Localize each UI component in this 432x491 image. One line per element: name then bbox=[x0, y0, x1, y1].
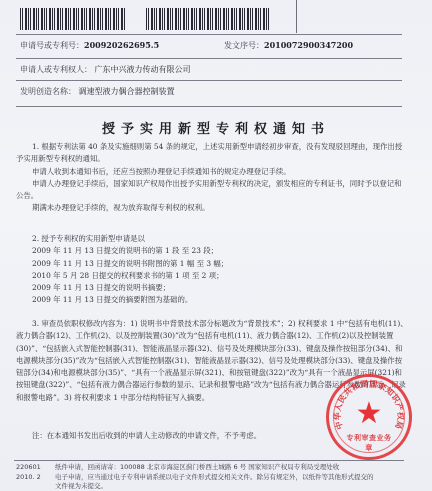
section-1-paragraph: 期满未办理登记手续的，视为放弃取得专利权的权利。 bbox=[16, 202, 408, 214]
section-2-heading: 2. 授予专利权的实用新型申请是以 bbox=[32, 233, 228, 245]
list-item: 2009 年 11 月 13 日提交的说明书附图的第 1 幅 至 3 幅； bbox=[32, 258, 228, 270]
seal-bottom-text: 专利审查业务章 bbox=[343, 433, 395, 453]
section-2: 2. 授予专利权的实用新型申请是以 2009 年 11 月 13 日提交的说明书… bbox=[32, 233, 228, 307]
application-number-label: 申请号或专利号： bbox=[20, 41, 84, 50]
dispatch-number: 2010072900347200 bbox=[264, 40, 353, 50]
section-1-paragraph: 申请人办理登记手续后，国家知识产权局作出授予实用新型专利权的决定，颁发相应的专利… bbox=[16, 178, 408, 203]
footer-notes: 纸件申请，回函请寄：100088 北京市海淀区蓟门桥西土城路 6 号 国家知识产… bbox=[55, 463, 415, 491]
list-item: 2010 年 5 月 28 日提交的权利要求书的第 1 项 至 2 项； bbox=[32, 270, 228, 282]
dispatch-number-field: 发文序号：2010072900347200 bbox=[224, 40, 353, 51]
applicant: 广东中兴液力传动有限公司 bbox=[95, 65, 191, 74]
barcode-left bbox=[20, 8, 125, 30]
rule bbox=[16, 58, 402, 59]
list-item: 2009 年 11 月 13 日提交的摘要附图为基础的。 bbox=[32, 294, 228, 306]
applicant-label: 申请人或专利权人： bbox=[20, 65, 92, 74]
section-1-paragraph: 申请人收到本通知书后，还应当按照办理登记手续通知书的规定办理登记手续。 bbox=[16, 166, 408, 178]
footer-line: 纸件申请，回函请寄：100088 北京市海淀区蓟门桥西土城路 6 号 国家知识产… bbox=[55, 463, 415, 473]
footer-form-code: 220601 2010. 2 bbox=[16, 463, 41, 482]
invention-name-label: 发明创造名称： bbox=[20, 87, 76, 96]
invention-name: 调速型液力偶合器控制装置 bbox=[79, 87, 175, 96]
list-item: 2009 年 11 月 13 日提交的说明书的第 1 段 至 23 段； bbox=[32, 245, 228, 257]
star-icon: ★ bbox=[329, 399, 409, 429]
application-number: 200920262695.5 bbox=[84, 40, 159, 50]
applicant-field: 申请人或专利权人： 广东中兴液力传动有限公司 bbox=[20, 64, 191, 75]
form-code: 220601 bbox=[16, 463, 41, 473]
footer-line: 文件视为未提交。 bbox=[55, 482, 415, 491]
rule bbox=[16, 34, 402, 35]
footer-line: 电子申请，应当通过电子专利申请系统以电子文件形式提交相关文件。除另有规定外，以纸… bbox=[55, 473, 415, 483]
invention-name-field: 发明创造名称： 调速型液力偶合器控制装置 bbox=[20, 86, 175, 97]
official-seal: 中华人民共和国国家知识产权局 ★ 专利审查业务章 bbox=[326, 374, 412, 460]
dispatch-number-label: 发文序号： bbox=[224, 41, 264, 50]
document-title: 授予实用新型专利权通知书 bbox=[0, 118, 432, 137]
footer-rule bbox=[14, 460, 404, 461]
section-1-paragraph: 1. 根据专利法第 40 条及实施细则第 54 条的规定，上述实用新型申请经初步… bbox=[16, 141, 408, 166]
rule bbox=[16, 80, 402, 81]
form-date: 2010. 2 bbox=[16, 473, 41, 483]
barcode-right bbox=[146, 8, 271, 30]
header-divider bbox=[296, 0, 297, 33]
rule bbox=[16, 106, 402, 107]
list-item: 2009 年 11 月 13 日提交的说明书摘要； bbox=[32, 282, 228, 294]
section-1: 1. 根据专利法第 40 条及实施细则第 54 条的规定，上述实用新型申请经初步… bbox=[16, 141, 408, 215]
application-number-field: 申请号或专利号：200920262695.5 bbox=[20, 40, 159, 51]
